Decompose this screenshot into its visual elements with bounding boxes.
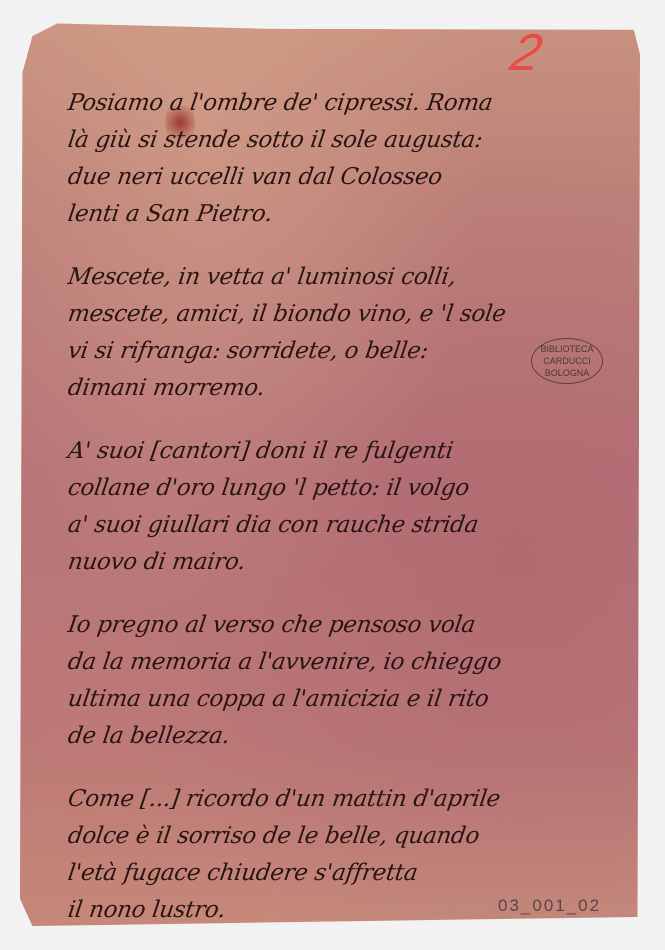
stanza-1: Posiamo a l'ombre de' cipressi. Roma là … (68, 85, 613, 233)
shelfmark: 03_001_02 (498, 896, 601, 916)
verse-line: Posiamo a l'ombre de' cipressi. Roma (65, 85, 615, 122)
verse-line: l'età fugace chiudere s'affretta (65, 855, 615, 892)
stanza-2: Mescete, in vetta a' luminosi colli, mes… (68, 259, 613, 407)
verse-line: due neri uccelli van dal Colosseo (65, 159, 615, 196)
library-stamp: BIBLIOTECA CARDUCCI BOLOGNA (531, 338, 603, 384)
verse-line: a' suoi giullari dia con rauche strida (65, 507, 615, 544)
verse-line: Mescete, in vetta a' luminosi colli, (65, 259, 615, 296)
verse-line: nuovo di mairo. (65, 544, 615, 581)
verse-line: dolce è il sorriso de le belle, quando (65, 818, 615, 855)
stamp-line: BOLOGNA (532, 367, 602, 379)
stanza-3: A' suoi [cantori] doni il re fulgenti co… (68, 433, 613, 581)
verse-line: Io pregno al verso che pensoso vola (65, 607, 615, 644)
manuscript-text: Posiamo a l'ombre de' cipressi. Roma là … (68, 85, 613, 950)
verse-line: lenti a San Pietro. (65, 196, 615, 233)
verse-line: Come [...] ricordo d'un mattin d'aprile (65, 781, 615, 818)
verse-line: ultima una coppa a l'amicizia e il rito (65, 681, 615, 718)
verse-line: da la memoria a l'avvenire, io chieggo (65, 644, 615, 681)
verse-line: là giù si stende sotto il sole augusta: (65, 122, 615, 159)
verse-line: de la bellezza. (65, 718, 615, 755)
verse-line: mescete, amici, il biondo vino, e 'l sol… (65, 296, 615, 333)
stamp-line: CARDUCCI (532, 355, 602, 367)
stamp-line: BIBLIOTECA (532, 343, 602, 355)
verse-line: collane d'oro lungo 'l petto: il volgo (65, 470, 615, 507)
stanza-4: Io pregno al verso che pensoso vola da l… (68, 607, 613, 755)
verse-line: A' suoi [cantori] doni il re fulgenti (65, 433, 615, 470)
page-number: 2 (507, 28, 588, 78)
